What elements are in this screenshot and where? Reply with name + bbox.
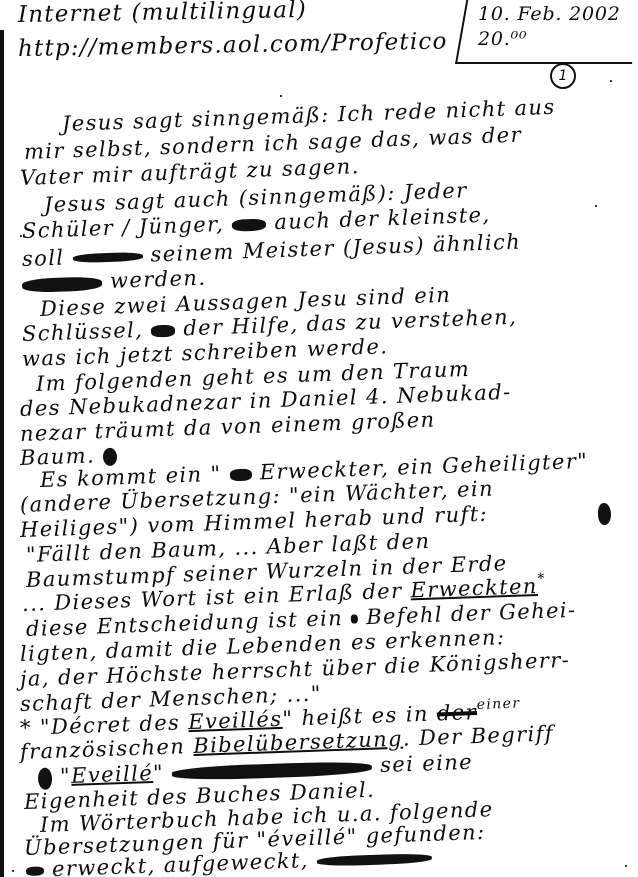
- ink-blot: [598, 503, 611, 525]
- header-title: Internet (multilingual): [18, 0, 307, 28]
- inserted-word: einer: [476, 696, 520, 714]
- crossed-out-phrase: [317, 852, 432, 866]
- scanned-handwritten-page: Internet (multilingual) http://members.a…: [0, 0, 638, 877]
- line-text: ": [153, 761, 165, 785]
- ink-blot: [103, 447, 118, 465]
- crossed-out-phrase: [172, 760, 372, 781]
- date-text: 10. Feb. 2002: [478, 3, 621, 25]
- scan-speck: [20, 235, 22, 237]
- crossed-out-word: [72, 252, 142, 263]
- ink-blot: [38, 767, 53, 789]
- crossed-out-word: [26, 866, 44, 876]
- crossed-out-word: [151, 324, 175, 337]
- scan-speck: [610, 80, 612, 82]
- scan-speck: [12, 870, 14, 872]
- crossed-out-word: [230, 468, 252, 481]
- scan-speck: [595, 205, 597, 207]
- underlined-word: Eveillé: [71, 761, 154, 788]
- scan-speck: [280, 95, 282, 97]
- underlined-word: Eveillés: [188, 707, 283, 734]
- asterisk: *: [537, 571, 546, 587]
- line-text: Schlüssel,: [22, 318, 144, 346]
- crossed-out-word: [22, 276, 102, 293]
- line-text: werden.: [110, 266, 207, 293]
- header-url: http://members.aol.com/Profetico: [18, 29, 448, 62]
- crossed-out-word: [232, 218, 266, 231]
- line-text: französischen: [20, 734, 186, 764]
- line-text: sei eine: [380, 750, 474, 777]
- line-text: soll: [22, 246, 65, 271]
- struck-word: der: [436, 700, 477, 725]
- page-number-badge: 1: [550, 63, 576, 89]
- line-text: . Der Begriff: [402, 721, 554, 750]
- scan-edge-border: [0, 30, 4, 877]
- underlined-word: Erweckten: [410, 574, 538, 602]
- ink-dot: [351, 614, 358, 623]
- time-text: 20.⁰⁰: [478, 28, 527, 50]
- scan-speck: [625, 865, 627, 867]
